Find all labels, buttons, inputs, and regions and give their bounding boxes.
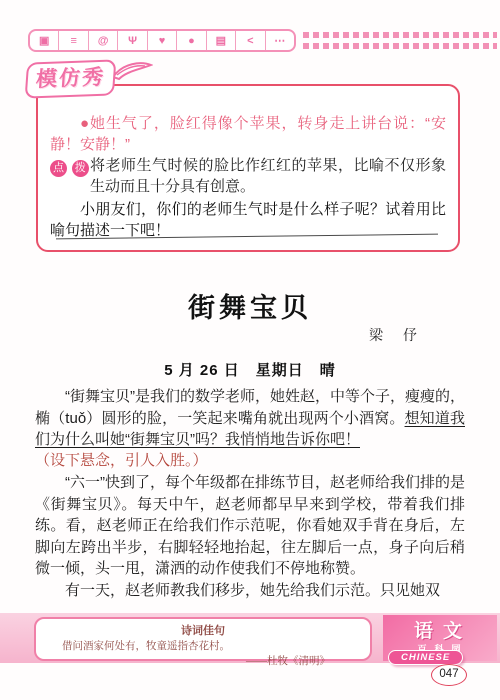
tip-text: 将老师生气时候的脸比作红红的苹果，比喻不仅形象生动而且十分具有创意。 <box>90 158 446 195</box>
tip-row: 点 拨 将老师生气时候的脸比作红红的苹果，比喻不仅形象生动而且十分具有创意。 <box>50 156 446 198</box>
essay-title: 街舞宝贝 <box>0 286 500 325</box>
tip-badge-bo: 拨 <box>72 160 89 177</box>
essay-body: “街舞宝贝”是我们的数学老师，她姓赵，中等个子，瘦瘦的，椭（tuǒ）圆形的脸，一… <box>35 386 465 601</box>
section-badge-label: 模仿秀 <box>25 59 117 98</box>
essay-paragraph-2: “六一”快到了，每个年级都在排练节目，赵老师给我们排的是《街舞宝贝》。每天中午，… <box>35 472 465 580</box>
poetry-quote-box: 诗词佳句 借问酒家何处有，牧童遥指杏花村。 ——杜牧《清明》 <box>34 617 372 661</box>
notes-icon: ▤ <box>207 31 236 50</box>
teacher-annotation: （设下悬念，引人入胜。） <box>35 451 465 473</box>
menu-icon: ≡ <box>59 31 88 50</box>
para1-lead: “街舞宝贝”是我们的数学老师，她姓赵，中等个子，瘦瘦的，椭（tuǒ）圆形的脸，一… <box>35 388 465 427</box>
page-number: 047 <box>431 664 467 686</box>
tip-badge: 点 拨 <box>50 157 90 178</box>
squares-row <box>303 43 497 49</box>
essay-date-line: 5 月 26 日 星期日 晴 <box>0 359 500 380</box>
glass-icon: Ψ <box>118 31 147 50</box>
essay-paragraph-1: “街舞宝贝”是我们的数学老师，她姓赵，中等个子，瘦瘦的，椭（tuǒ）圆形的脸，一… <box>35 386 465 451</box>
tip-badge-dian: 点 <box>50 160 67 177</box>
essay-author: 梁 伃 <box>369 325 420 345</box>
camera-icon: ▣ <box>30 31 59 50</box>
eye-icon: ● <box>177 31 206 50</box>
quote-attribution: ——杜牧《清明》 <box>48 653 358 668</box>
ellipsis-icon: ⋯ <box>266 31 294 50</box>
share-icon: < <box>236 31 265 50</box>
imitation-box: ●她生气了，脸红得像个苹果，转身走上讲台说：“安静！安静！” 点 拨 将老师生气… <box>36 84 460 252</box>
essay-paragraph-3: 有一天，赵老师教我们移步，她先给我们示范。只见她双 <box>35 580 465 602</box>
section-badge: 模仿秀 <box>26 61 153 97</box>
squares-row <box>303 32 497 38</box>
wing-icon <box>111 59 153 90</box>
example-sentence: ●她生气了，脸红得像个苹果，转身走上讲台说：“安静！安静！” <box>50 113 446 155</box>
at-icon: @ <box>89 31 118 50</box>
top-toolbar: ▣ ≡ @ Ψ ♥ ● ▤ < ⋯ <box>28 29 296 52</box>
quote-title: 诗词佳句 <box>48 622 358 638</box>
brand-chinese-label: 语文 <box>383 616 497 643</box>
heart-bubble-icon: ♥ <box>148 31 177 50</box>
brand-block: 语文 百科园 CHINESE <box>383 615 497 661</box>
quote-text: 借问酒家何处有，牧童遥指杏花村。 <box>48 638 358 653</box>
brand-english-ribbon: CHINESE <box>388 650 463 665</box>
squares-pattern <box>303 32 497 49</box>
